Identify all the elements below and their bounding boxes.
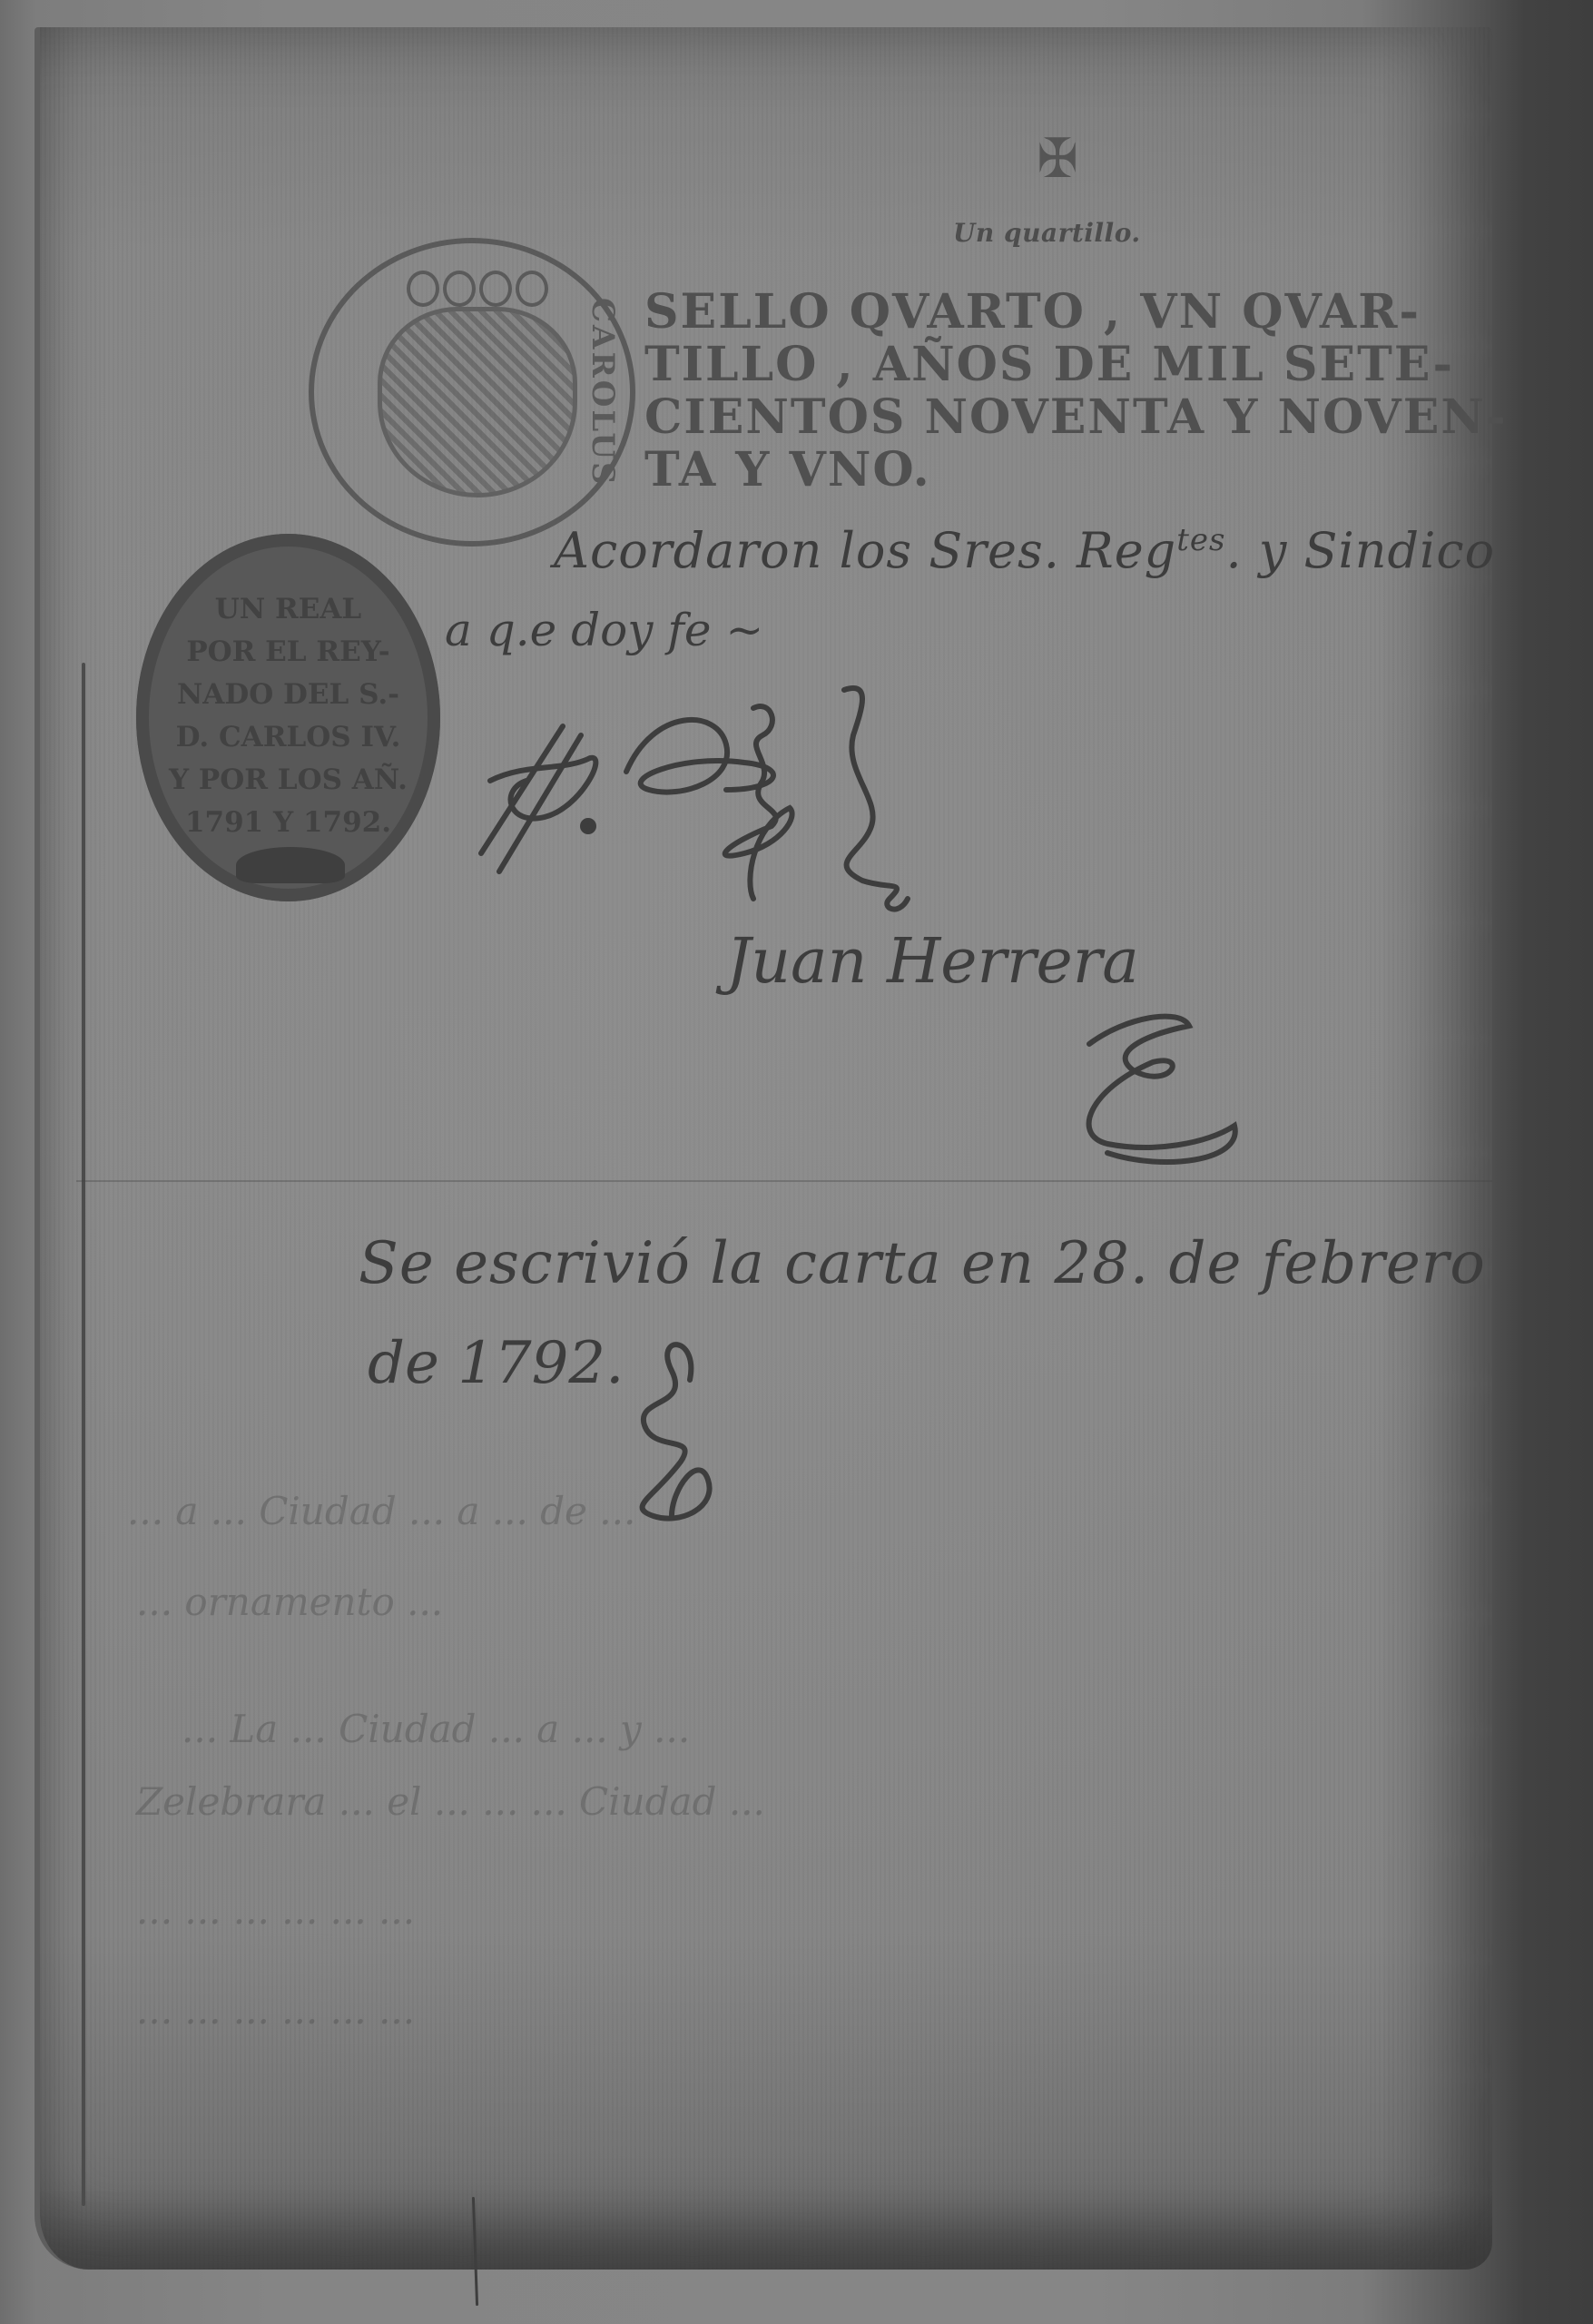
- handwritten-note-date: de 1792.: [368, 1330, 624, 1397]
- handwritten-resolution-line: Acordaron los Sres. Regtes. y Sindico: [554, 522, 1495, 579]
- stamp-line: TA Y VNO.: [644, 444, 1516, 497]
- faded-text-line: ... ornamento ...: [136, 1580, 443, 1624]
- crown-icon: [236, 847, 345, 883]
- fold-line: [76, 1180, 1492, 1182]
- signature-rubric: [617, 1325, 744, 1534]
- faded-text-line: ... ... ... ... ... ...: [136, 1888, 415, 1933]
- price-label: Un quartillo.: [953, 218, 1141, 248]
- cross-icon: ✠: [1037, 127, 1078, 191]
- stamp-line: CIENTOS NOVENTA Y NOVEN-: [644, 391, 1516, 444]
- faded-text-line: ... a ... Ciudad ... a ... de ...: [127, 1489, 635, 1533]
- signature-rubric: [1053, 990, 1262, 1171]
- handwritten-text: . y Sindico: [1225, 522, 1495, 579]
- stamp-heading: SELLO QVARTO , VN QVAR- TILLO , AÑOS DE …: [644, 286, 1516, 497]
- superscript-abbrev: tes: [1176, 522, 1225, 558]
- oval-revalidation-stamp: UN REAL POR EL REY- NADO DEL S.- D. CARL…: [136, 534, 440, 901]
- handwritten-text: Acordaron los Sres. Reg: [554, 522, 1176, 579]
- oval-stamp-line: 1791 Y 1792.: [154, 802, 422, 844]
- oval-stamp-line: D. CARLOS IV.: [154, 716, 422, 759]
- signature-rubrics: [454, 672, 1234, 917]
- crown-icon: [405, 271, 550, 307]
- seal-legend: CAROLUS: [585, 298, 621, 487]
- page-edge-shadow: [82, 663, 85, 2206]
- faded-text-line: Zelebrara ... el ... ... ... Ciudad ...: [136, 1779, 765, 1824]
- faded-text-line: ... La ... Ciudad ... a ... y ...: [182, 1707, 690, 1751]
- stamp-line: TILLO , AÑOS DE MIL SETE-: [644, 339, 1516, 391]
- oval-stamp-line: NADO DEL S.-: [154, 674, 422, 716]
- stamp-line: SELLO QVARTO , VN QVAR-: [644, 286, 1516, 339]
- handwritten-note-line: Se escrivió la carta en 28. de febrero: [359, 1230, 1486, 1297]
- oval-stamp-line: POR EL REY-: [154, 631, 422, 674]
- royal-coat-of-arms-seal: CAROLUS: [309, 238, 635, 547]
- oval-stamp-line: Y POR LOS AÑ.: [154, 759, 422, 802]
- oval-stamp-line: UN REAL: [154, 588, 422, 631]
- signature-juan-herrera: Juan Herrera: [726, 926, 1139, 998]
- handwritten-attestation: a q.e doy fe ~: [445, 604, 763, 656]
- faded-text-line: ... ... ... ... ... ...: [136, 1988, 415, 2033]
- shield-icon: [378, 307, 577, 497]
